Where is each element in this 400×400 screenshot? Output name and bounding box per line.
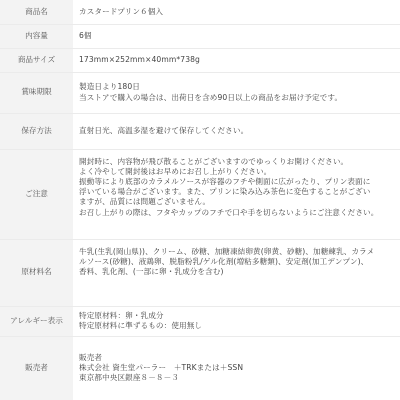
spec-label: アレルギー表示 (0, 306, 73, 336)
spec-row-storage: 保存方法 直射日光、高温多湿を避けて保存してください。 (0, 113, 400, 149)
spec-row-best-before: 賞味期限 製造日より180日 当ストアで購入の場合は、出荷日を含め90日以上の商… (0, 72, 400, 113)
spec-label: 商品サイズ (0, 48, 73, 72)
spec-value-line: 当ストアで購入の場合は、出荷日を含め90日以上の商品をお届け予定です。 (79, 93, 394, 103)
spec-value: 販売者 株式会社 資生堂パーラー ＋TRKまたは＋SSN 東京都中央区銀座８－８… (73, 336, 400, 400)
spec-label: 賞味期限 (0, 72, 73, 113)
spec-row-seller: 販売者 販売者 株式会社 資生堂パーラー ＋TRKまたは＋SSN 東京都中央区銀… (0, 336, 400, 400)
spec-value-line: 販売者 (79, 353, 394, 363)
spec-value: 牛乳(生乳(岡山県))、クリーム、砂糖、加糖凍結卵黄(卵黄、砂糖)、加糖練乳、カ… (73, 239, 400, 306)
spec-label: 商品名 (0, 0, 73, 24)
spec-value: カスタードプリン６個入 (73, 0, 400, 24)
spec-label: 販売者 (0, 336, 73, 400)
spec-label: 原材料名 (0, 239, 73, 306)
spec-value-line: 173mm×252mm×40mm*738g (79, 55, 394, 65)
spec-value-line: お召し上がりの際は、フタやカップのフチで口や手を切らないようにご注意ください。 (79, 208, 394, 218)
spec-value-line: 開封時に、内容物が飛び散ることがございますのでゆっくりお開けください。 (79, 157, 394, 167)
spec-value-line: 東京都中央区銀座８－８－３ (79, 373, 394, 383)
spec-value-line: 株式会社 資生堂パーラー ＋TRKまたは＋SSN (79, 363, 394, 373)
product-spec-table: 商品名 カスタードプリン６個入 内容量 6個 商品サイズ 173mm×252mm… (0, 0, 400, 400)
spec-row-quantity: 内容量 6個 (0, 24, 400, 48)
spec-label: ご注意 (0, 149, 73, 239)
spec-value-line: 特定原材料に準ずるもの：使用無し (79, 321, 394, 331)
spec-row-product-name: 商品名 カスタードプリン６個入 (0, 0, 400, 24)
spec-value-line: 香料、乳化剤、(一部に卵・乳成分を含む) (79, 267, 394, 277)
spec-value: 173mm×252mm×40mm*738g (73, 48, 400, 72)
spec-row-ingredients: 原材料名 牛乳(生乳(岡山県))、クリーム、砂糖、加糖凍結卵黄(卵黄、砂糖)、加… (0, 239, 400, 306)
spec-value-line: 特定原材料：卵・乳成分 (79, 311, 394, 321)
spec-value-line: 製造日より180日 (79, 82, 394, 92)
spec-value-line: 振動等により底部のカラメルソースが容器のフチや側面に広がったり、プリン表面に (79, 177, 394, 187)
spec-row-allergy: アレルギー表示 特定原材料：卵・乳成分 特定原材料に準ずるもの：使用無し (0, 306, 400, 336)
spec-value-line: よく冷やして開封後はお早めにお召し上がりください。 (79, 167, 394, 177)
spec-value-line: ルソース(砂糖)、液鶏卵、脱脂粉乳/ゲル化剤(増粘多糖類)、安定剤(加工デンプン… (79, 257, 394, 267)
spec-value-line: 6個 (79, 31, 394, 41)
spec-value-line: 牛乳(生乳(岡山県))、クリーム、砂糖、加糖凍結卵黄(卵黄、砂糖)、加糖練乳、カ… (79, 247, 394, 257)
spec-value-line: 直射日光、高温多湿を避けて保存してください。 (79, 126, 394, 136)
spec-value: 直射日光、高温多湿を避けて保存してください。 (73, 113, 400, 149)
spec-row-caution: ご注意 開封時に、内容物が飛び散ることがございますのでゆっくりお開けください。 … (0, 149, 400, 239)
spec-row-size: 商品サイズ 173mm×252mm×40mm*738g (0, 48, 400, 72)
spec-label: 保存方法 (0, 113, 73, 149)
spec-label: 内容量 (0, 24, 73, 48)
spec-value-line: 浮いている場合がございます。また、プリンに染み込み茶色に変色することがござい (79, 187, 394, 197)
spec-value: 開封時に、内容物が飛び散ることがございますのでゆっくりお開けください。 よく冷や… (73, 149, 400, 239)
spec-value-line: カスタードプリン６個入 (79, 7, 394, 17)
spec-value-line: ますが、品質には問題ございません。 (79, 197, 394, 207)
spec-value: 特定原材料：卵・乳成分 特定原材料に準ずるもの：使用無し (73, 306, 400, 336)
spec-value: 6個 (73, 24, 400, 48)
spec-value: 製造日より180日 当ストアで購入の場合は、出荷日を含め90日以上の商品をお届け… (73, 72, 400, 113)
